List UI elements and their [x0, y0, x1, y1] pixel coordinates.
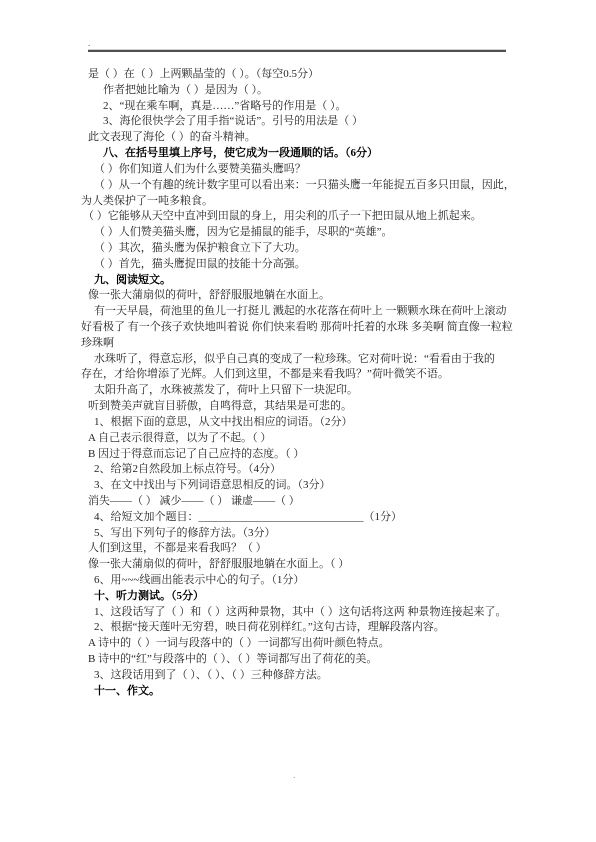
document-line: 1、根据下面的意思，从文中找出相应的词语。（2分） [81, 415, 547, 431]
document-line: 人们到这里，不都是来看我吗？（ ） [81, 541, 547, 557]
document-line: B 因过于得意而忘记了自己应持的态度。（ ） [81, 447, 547, 463]
page: . 是（ ）在（ ）上两颗晶莹的（ ）。（每空0.5分）作者把她比喻为（ ）是因… [0, 0, 596, 842]
document-line: 十一、作文。 [81, 684, 547, 700]
document-line: （ ）它能够从天空中直冲到田鼠的身上，用尖利的爪子一下把田鼠从地上抓起来。 [81, 209, 547, 225]
document-line: 2、根据“接天莲叶无穷碧，映日荷花别样红。”这句古诗，理解段落内容。 [81, 620, 547, 636]
document-line: 2、给第2自然段加上标点符号。（4分） [81, 462, 547, 478]
header-mark: . [88, 38, 90, 48]
document-line: 3、海伦很快学会了用手指“说话”。引号的用法是（ ） [81, 114, 547, 130]
document-line: 存在，才给你增添了光辉。人们到这里，不都是来看我吗？”荷叶微笑不语。 [81, 367, 547, 383]
document-line: 4、给短文加个题目：______________________________… [81, 510, 547, 526]
document-line: 太阳升高了，水珠被蒸发了，荷叶上只留下一块泥印。 [81, 383, 547, 399]
document-line: 3、这段话用到了（ ）、（ ）、（ ）三种修辞方法。 [81, 668, 547, 684]
document-line: 听到赞美声就盲目骄傲，自鸣得意，其结果是可悲的。 [81, 399, 547, 415]
document-line: 珍珠啊 [81, 336, 547, 352]
document-line: 1、这段话写了（ ）和（ ）这两种景物，其中（ ）这句话将这两 种景物连接起来了… [81, 605, 547, 621]
document-line: （ ）其次，猫头鹰为保护粮食立下了大功。 [81, 241, 547, 257]
document-line: A 诗中的（ ）一词与段落中的（ ）一词都写出荷叶颜色特点。 [81, 636, 547, 652]
document-line: 6、用~~~线画出能表示中心的句子。（1分） [81, 573, 547, 589]
document-line: 像一张大蒲扇似的荷叶，舒舒服服地躺在水面上。（ ） [81, 557, 547, 573]
document-line: （ ）你们知道人们为什么要赞美猫头鹰吗？ [81, 162, 547, 178]
document-line: 3、在文中找出与下列词语意思相反的词。（3分） [81, 478, 547, 494]
document-line: （ ）首先，猫头鹰捉田鼠的技能十分高强。 [81, 257, 547, 273]
document-line: 此文表现了海伦（ ）的奋斗精神。 [81, 130, 547, 146]
document-line: 九、阅读短文。 [81, 273, 547, 289]
document-line: B 诗中的“红”与段落中的（ ）、（ ）等词都写出了荷花的美。 [81, 652, 547, 668]
header-rule [88, 49, 506, 52]
footer-mark: . [293, 770, 295, 780]
document-line: （ ）人们赞美猫头鹰，因为它是捕鼠的能手，尽职的“英雄”。 [81, 225, 547, 241]
document-content: 是（ ）在（ ）上两颗晶莹的（ ）。（每空0.5分）作者把她比喻为（ ）是因为（… [81, 67, 547, 700]
document-line: 5、写出下列句子的修辞方法。（3分） [81, 526, 547, 542]
document-line: A 自己表示很得意，以为了不起。（ ） [81, 431, 547, 447]
document-line: 2、“现在乘车啊，真是……”省略号的作用是（ ）。 [81, 99, 547, 115]
document-line: 为人类保护了一吨多粮食。 [81, 194, 547, 210]
document-line: 消失——（ ） 减少——（ ） 谦虚——（ ） [81, 494, 547, 510]
document-line: 是（ ）在（ ）上两颗晶莹的（ ）。（每空0.5分） [81, 67, 547, 83]
document-line: 有一天早晨，荷池里的鱼儿一打挺儿 溅起的水花落在荷叶上 一颗颗水珠在荷叶上滚动 [81, 304, 547, 320]
document-line: 十、听力测试。（5分） [81, 589, 547, 605]
document-line: 好看极了 有一个孩子欢快地叫着说 你们快来看哟 那荷叶托着的水珠 多美啊 简直像… [81, 320, 547, 336]
document-line: 像一张大蒲扇似的荷叶，舒舒服服地躺在水面上。 [81, 288, 547, 304]
document-line: （ ）从一个有趣的统计数字里可以看出来：一只猫头鹰一年能捉五百多只田鼠，因此， [81, 178, 547, 194]
document-line: 作者把她比喻为（ ）是因为（ ）。 [81, 83, 547, 99]
document-line: 水珠听了，得意忘形，似乎自己真的变成了一粒珍珠。它对荷叶说：“看看由于我的 [81, 352, 547, 368]
document-line: 八、在括号里填上序号，使它成为一段通顺的话。（6分） [81, 146, 547, 162]
